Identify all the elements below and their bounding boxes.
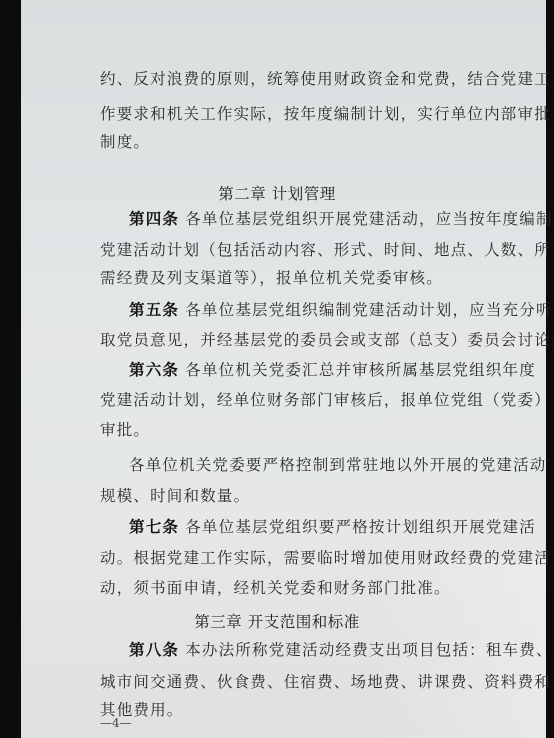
article-label: 第五条 xyxy=(129,300,179,319)
article-8-first-line: 第八条 本办法所称党建活动经费支出项目包括：租车费、 xyxy=(129,640,553,660)
text-line: 各单位机关党委汇总并审核所属基层党组织年度 xyxy=(179,361,536,379)
text-line: 动。根据党建工作实际，需要临时增加使用财政经费的党建活 xyxy=(100,548,551,568)
text-line: 党建活动计划，经单位财务部门审核后，报单位党组（党委） xyxy=(100,390,551,410)
text-line: 各单位基层党组织开展党建活动，应当按年度编制 xyxy=(179,210,553,228)
page-number: —4— xyxy=(100,716,132,730)
text-line: 本办法所称党建活动经费支出项目包括：租车费、 xyxy=(179,641,553,659)
text-line: 约、反对浪费的原则，统筹使用财政资金和党费，结合党建工 xyxy=(100,69,551,89)
article-7-first-line: 第七条 各单位基层党组织要严格按计划组织开展党建活 xyxy=(129,517,536,537)
text-line: 各单位机关党委要严格控制到常驻地以外开展的党建活动 xyxy=(129,455,547,475)
chapter-heading: 第二章 计划管理 xyxy=(0,182,554,204)
text-line: 各单位基层党组织编制党建活动计划，应当充分听 xyxy=(179,301,553,319)
text-line: 需经费及列支渠道等），报单位机关党委审核。 xyxy=(100,268,443,288)
text-line: 审批。 xyxy=(100,420,150,440)
text-line: 城市间交通费、伙食费、住宿费、场地费、讲课费、资料费和 xyxy=(100,672,551,692)
text-line: 作要求和机关工作实际，按年度编制计划，实行单位内部审批 xyxy=(100,104,551,124)
text-line: 动，须书面申请，经机关党委和财务部门批准。 xyxy=(100,578,451,598)
text-line: 取党员意见，并经基层党的委员会或支部（总支）委员会讨论。 xyxy=(100,330,554,350)
text-line: 制度。 xyxy=(100,132,150,152)
text-line: 党建活动计划（包括活动内容、形式、时间、地点、人数、所 xyxy=(100,240,551,260)
article-6-first-line: 第六条 各单位机关党委汇总并审核所属基层党组织年度 xyxy=(129,360,536,380)
article-4-first-line: 第四条 各单位基层党组织开展党建活动，应当按年度编制 xyxy=(129,209,553,229)
text-line: 各单位基层党组织要严格按计划组织开展党建活 xyxy=(179,518,536,536)
article-5-first-line: 第五条 各单位基层党组织编制党建活动计划，应当充分听 xyxy=(129,300,553,320)
chapter-heading: 第三章 开支范围和标准 xyxy=(0,610,554,632)
text-line: 规模、时间和数量。 xyxy=(100,486,250,506)
article-label: 第七条 xyxy=(129,517,179,536)
article-label: 第八条 xyxy=(129,640,179,659)
article-label: 第四条 xyxy=(129,209,179,228)
article-label: 第六条 xyxy=(129,360,179,379)
